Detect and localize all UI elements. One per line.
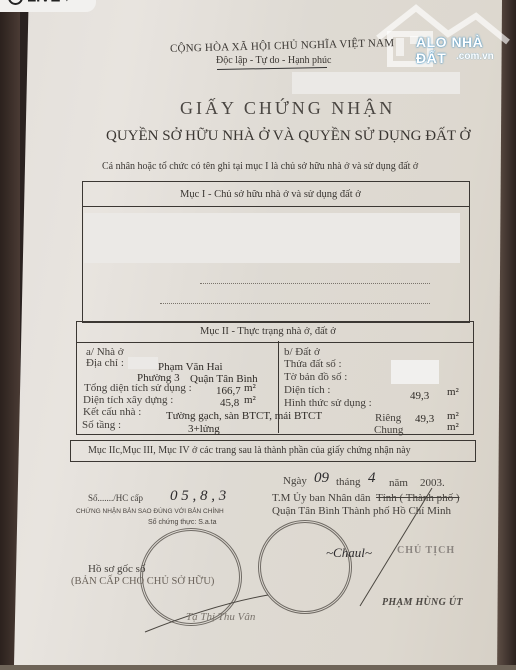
construction-area-unit: m²: [244, 394, 256, 406]
address-redacted: [128, 357, 158, 369]
live-photo-badge[interactable]: LIVE▾: [0, 0, 96, 12]
date-year: 2003.: [420, 477, 445, 489]
private-value: 49,3: [415, 413, 434, 425]
land-area-value: 49,3: [410, 390, 429, 402]
section-1-dotline: [200, 283, 430, 284]
shared-label: Chung: [374, 424, 403, 436]
floors-value: 3+lửng: [188, 423, 220, 435]
chevron-down-icon: ▾: [64, 0, 69, 4]
plot-redacted: [391, 360, 439, 384]
plot-label: Thửa đất số :: [284, 358, 342, 370]
section-1-heading: Mục I - Chủ sở hữu nhà ở và sử dụng đất …: [180, 189, 361, 200]
issuer-line2: Quận Tân Bình Thành phố Hồ Chí Minh: [272, 505, 451, 517]
certificate-intro: Cá nhân hoặc tổ chức có tên ghi tại mục …: [102, 161, 418, 172]
owner-copy-note: (BẢN CẤP CHO CHỦ SỞ HỮU): [71, 576, 214, 587]
reg-no-value: 0 5 , 8 , 3: [170, 488, 226, 505]
total-area-value: 166,7: [216, 385, 241, 397]
total-area-label: Tổng diện tích sử dụng :: [84, 382, 192, 394]
background-bottom: [0, 665, 516, 670]
land-area-label: Diện tích :: [284, 384, 330, 396]
issuer-struck: Tỉnh ( Thành phố ): [376, 492, 460, 504]
issuer-line1: T.M Ủy ban Nhân dân: [272, 492, 370, 504]
redacted-area: [292, 72, 460, 94]
shared-unit: m²: [447, 421, 459, 433]
total-area-unit: m²: [244, 382, 256, 394]
file-no-label: Hồ sơ gốc số: [88, 563, 145, 575]
watermark-domain: .com.vn: [456, 51, 494, 62]
land-area-unit: m²: [447, 386, 459, 398]
land-heading: b/ Đất ở: [284, 346, 320, 358]
date-year-label: năm: [389, 477, 408, 489]
section-1-dotline: [160, 303, 430, 304]
copy-certification: CHỨNG NHẬN BẢN SAO ĐÚNG VỚI BẢN CHÍNH: [76, 508, 224, 515]
section-1-redacted: [84, 213, 460, 263]
private-label: Riêng: [375, 412, 401, 424]
signature-right: ~Chaul~: [326, 545, 372, 561]
copy-cert-ref: Số chứng thực: S.a.ta: [148, 519, 217, 526]
footer-note: Mục IIc,Mục III, Mục IV ở các trang sau …: [88, 445, 411, 456]
official-stamp-right: [258, 520, 352, 614]
certificate-title: GIẤY CHỨNG NHẬN: [180, 98, 395, 119]
section-2-heading: Mục II - Thực trạng nhà ở, đất ở: [200, 326, 336, 337]
structure-label: Kết cấu nhà :: [83, 406, 141, 418]
structure-value: Tường gạch, sàn BTCT, mái BTCT: [166, 410, 322, 422]
address-label: Địa chỉ :: [86, 357, 124, 369]
reg-no-label: Số......./HC cấp: [88, 493, 143, 503]
motto: Độc lập - Tự do - Hạnh phúc: [216, 55, 331, 66]
date-month-label: tháng: [336, 476, 360, 488]
live-label: LIVE: [27, 0, 60, 5]
construction-area-label: Diện tích xây dựng :: [83, 394, 173, 406]
signer-right: PHẠM HÙNG ÚT: [382, 597, 463, 608]
signer-left: Tạ Thị Thu Vân: [186, 611, 255, 623]
chair-title: CHỦ TỊCH: [397, 545, 455, 556]
date-day: 09: [314, 470, 329, 487]
live-photo-icon: [8, 0, 23, 5]
construction-area-value: 45,8: [220, 397, 239, 409]
certificate-subtitle: QUYỀN SỞ HỮU NHÀ Ở VÀ QUYỀN SỬ DỤNG ĐẤT …: [106, 128, 470, 145]
map-sheet-label: Tờ bản đồ số :: [284, 371, 347, 383]
date-day-label: Ngày: [283, 475, 307, 487]
date-month: 4: [368, 470, 376, 487]
usage-label: Hình thức sử dụng :: [284, 397, 372, 409]
floors-label: Số tầng :: [82, 419, 121, 431]
